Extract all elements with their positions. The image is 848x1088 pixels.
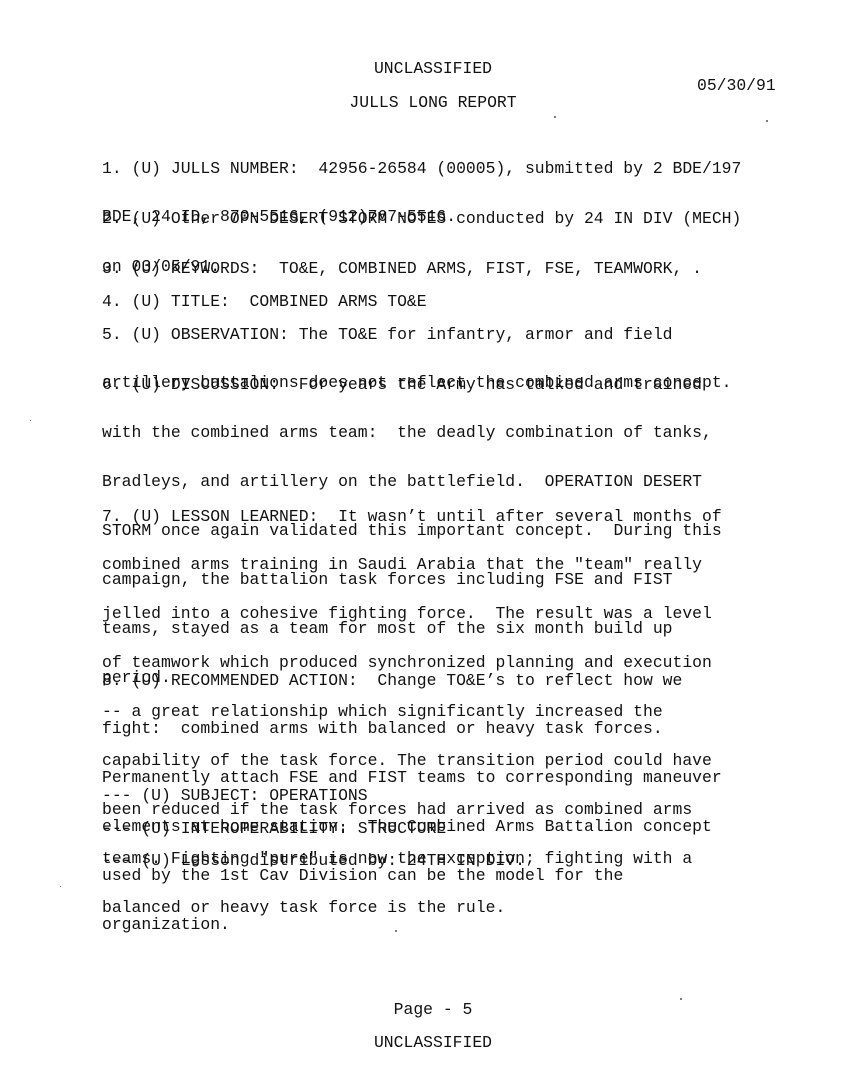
scan-speck xyxy=(554,116,556,118)
note-interoperability: --- (U) INTEROPERABILITY: STRUCTURE xyxy=(102,821,446,837)
classification-top: UNCLASSIFIED xyxy=(0,61,848,77)
scan-speck xyxy=(766,120,768,122)
paragraph-line: organization. xyxy=(102,917,722,933)
classification-bottom: UNCLASSIFIED xyxy=(0,1035,848,1051)
paragraph-line: 2. (U) Other OPN DESERT STORM NOTES cond… xyxy=(102,211,741,227)
scan-speck xyxy=(395,930,397,932)
scan-speck xyxy=(680,998,682,1000)
paragraph-line: combined arms training in Saudi Arabia t… xyxy=(102,557,722,573)
paragraph-line: 6. (U) DISCUSSION: For years the Army ha… xyxy=(102,377,722,393)
paragraph-line: 7. (U) LESSON LEARNED: It wasn’t until a… xyxy=(102,509,722,525)
note-subject: --- (U) SUBJECT: OPERATIONS xyxy=(102,788,368,804)
report-date: 05/30/91 xyxy=(697,78,776,94)
paragraph-line: Permanently attach FSE and FIST teams to… xyxy=(102,770,722,786)
scan-speck xyxy=(30,420,31,421)
paragraph-line: jelled into a cohesive fighting force. T… xyxy=(102,606,722,622)
paragraph-line: 5. (U) OBSERVATION: The TO&E for infantr… xyxy=(102,327,732,343)
page-number: Page - 5 xyxy=(0,1002,848,1018)
paragraph-line: fight: combined arms with balanced or he… xyxy=(102,721,722,737)
report-title: JULLS LONG REPORT xyxy=(0,95,848,111)
scan-speck xyxy=(60,886,61,887)
paragraph-line: used by the 1st Cav Division can be the … xyxy=(102,868,722,884)
paragraph-line: 8. (U) RECOMMENDED ACTION: Change TO&E’s… xyxy=(102,673,722,689)
paragraph-line: with the combined arms team: the deadly … xyxy=(102,425,722,441)
paragraph-line: 1. (U) JULLS NUMBER: 42956-26584 (00005)… xyxy=(102,161,741,177)
note-distributed-by: --- (U) Lesson distributed by: 24TH IN D… xyxy=(102,853,525,869)
